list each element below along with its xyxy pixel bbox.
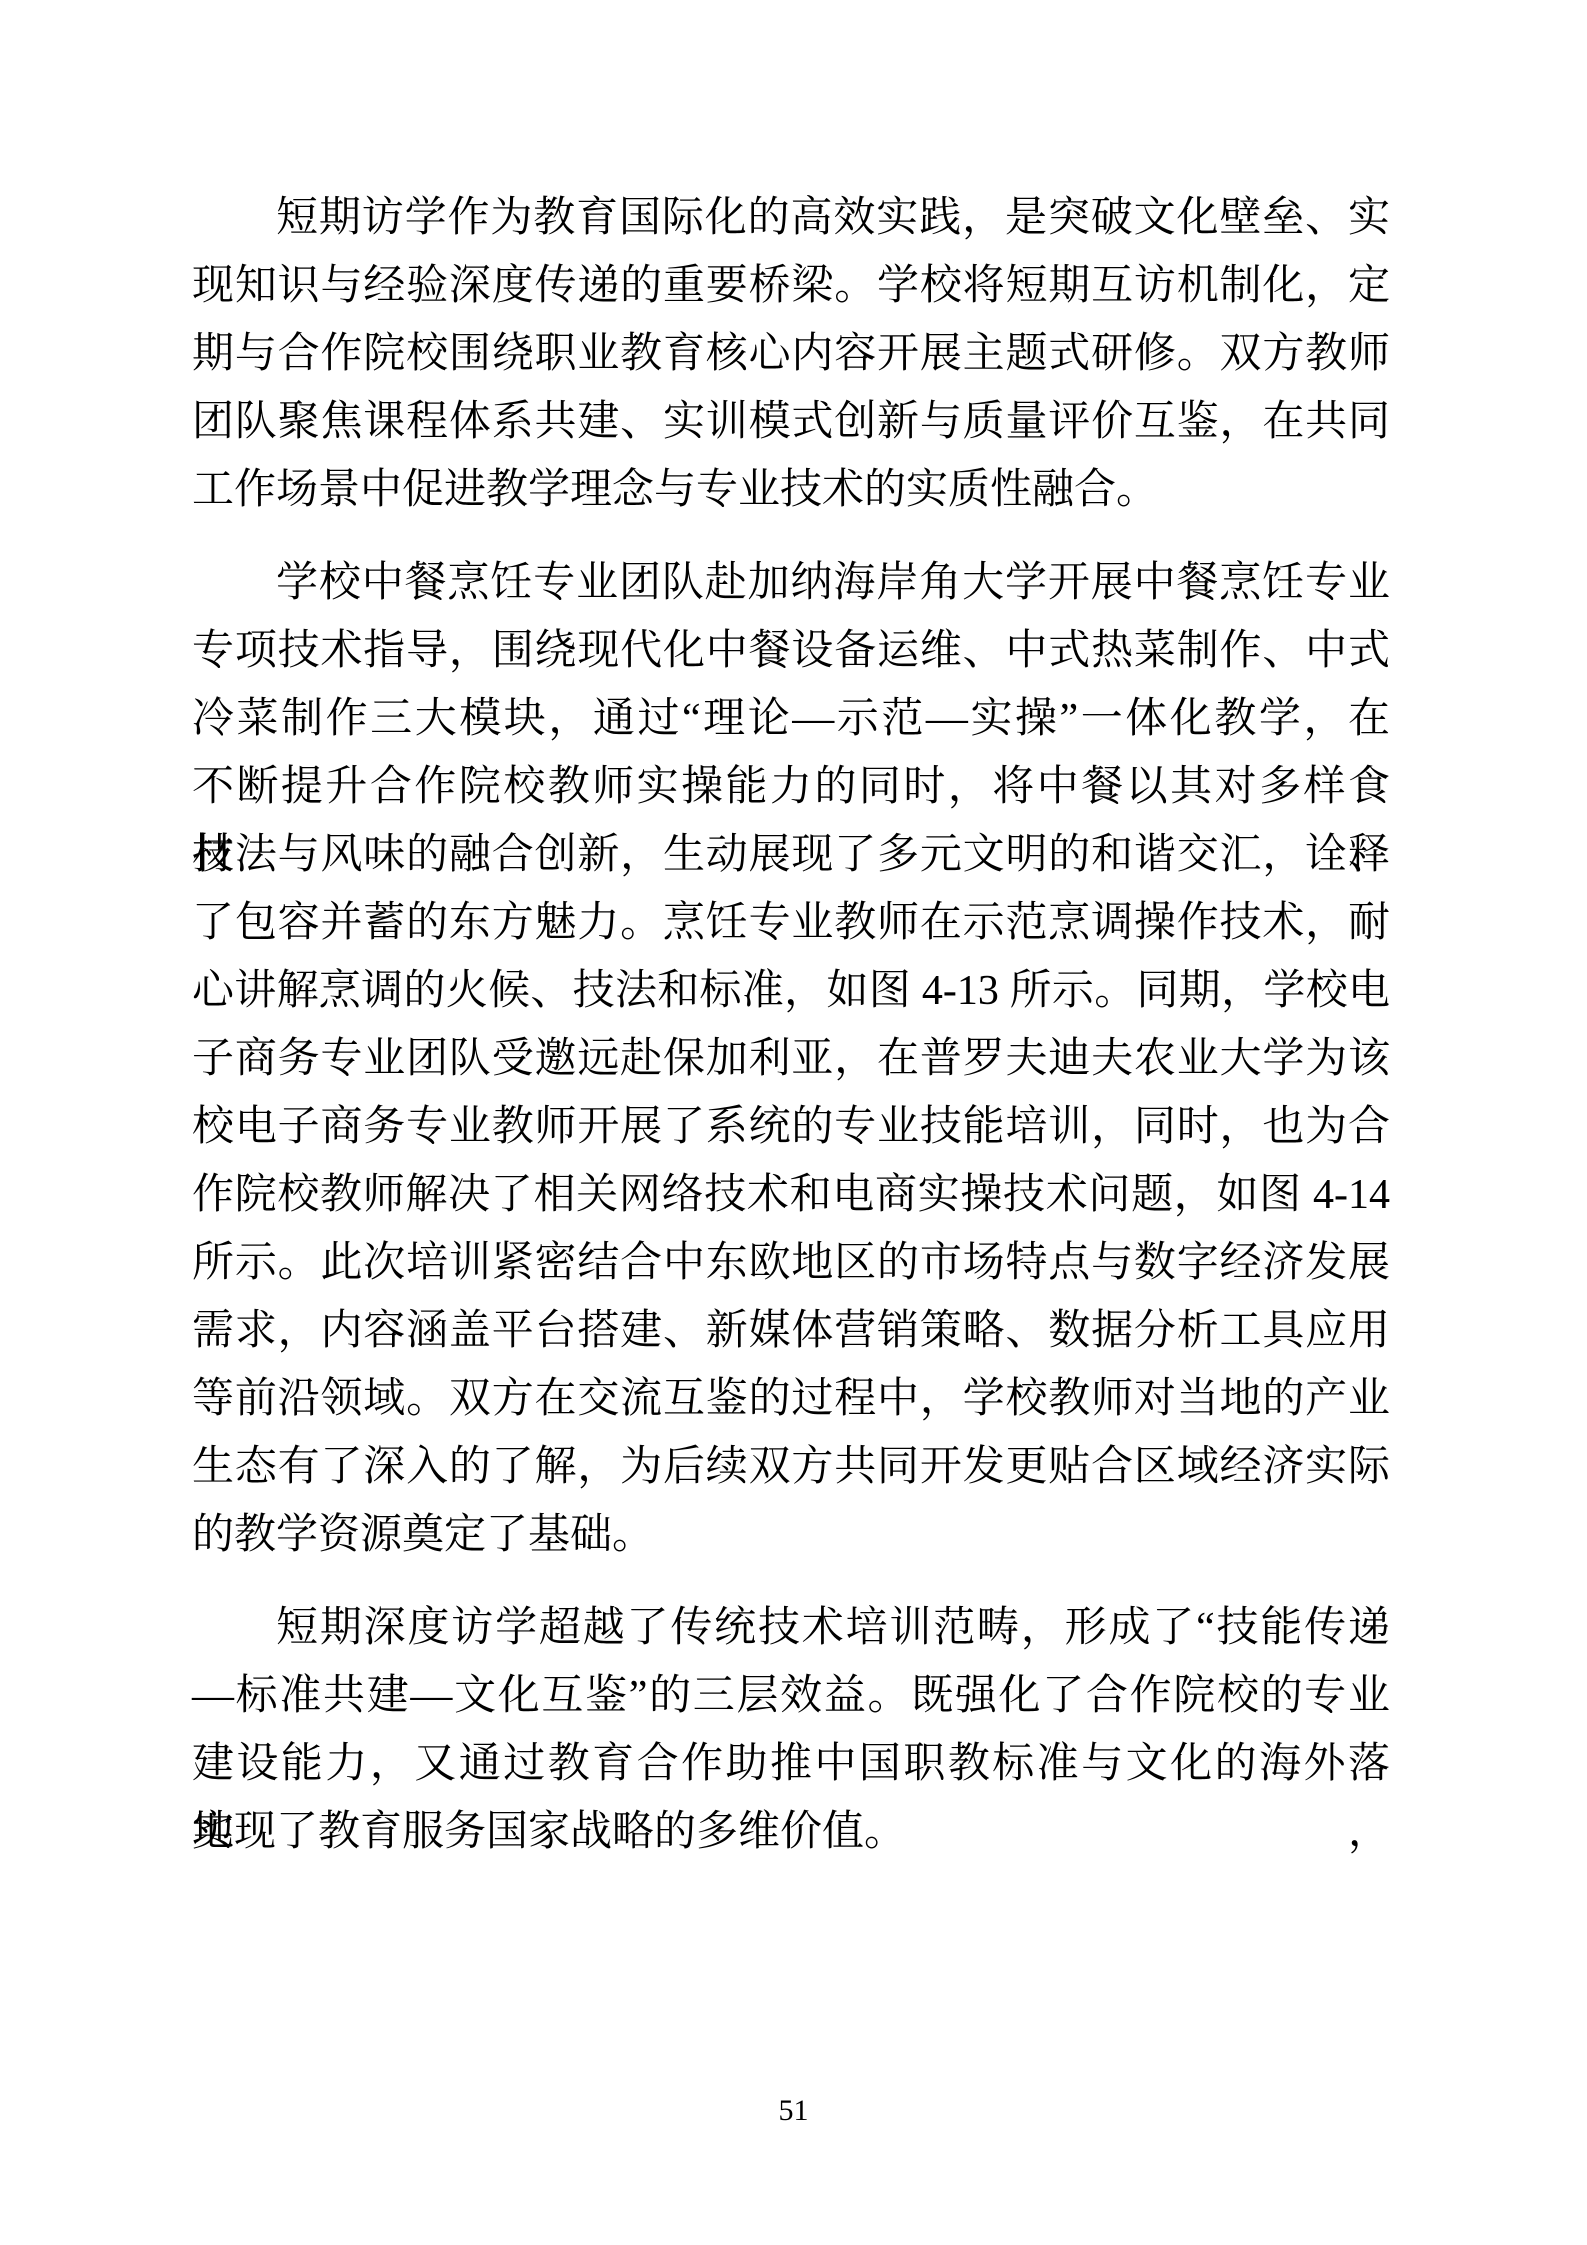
page-number: 51 [0,2093,1587,2129]
text-line: 短期访学作为教育国际化的高效实践，是突破文化壁垒、实 [192,184,1390,252]
text-line: 心讲解烹调的火候、技法和标准，如图 4-13 所示。同期，学校电 [192,957,1390,1025]
text-line: 需求，内容涵盖平台搭建、新媒体营销策略、数据分析工具应用 [192,1297,1390,1365]
document-page: 短期访学作为教育国际化的高效实践，是突破文化壁垒、实现知识与经验深度传递的重要桥… [0,0,1587,2245]
text-line: 校电子商务专业教师开展了系统的专业技能培训，同时，也为合 [192,1093,1390,1161]
text-line: 子商务专业团队受邀远赴保加利亚，在普罗夫迪夫农业大学为该 [192,1025,1390,1093]
text-line: 工作场景中促进教学理念与专业技术的实质性融合。 [192,456,1390,524]
text-line: 专项技术指导，围绕现代化中餐设备运维、中式热菜制作、中式 [192,617,1390,685]
text-line: 短期深度访学超越了传统技术培训范畴，形成了“技能传递 [192,1594,1390,1662]
paragraph-3: 短期深度访学超越了传统技术培训范畴，形成了“技能传递—标准共建—文化互鉴”的三层… [192,1594,1390,1866]
text-line: 等前沿领域。双方在交流互鉴的过程中，学校教师对当地的产业 [192,1365,1390,1433]
text-line: 学校中餐烹饪专业团队赴加纳海岸角大学开展中餐烹饪专业 [192,549,1390,617]
text-line: 技法与风味的融合创新，生动展现了多元文明的和谐交汇，诠释 [192,821,1390,889]
text-line: 所示。此次培训紧密结合中东欧地区的市场特点与数字经济发展 [192,1229,1390,1297]
text-block: 短期访学作为教育国际化的高效实践，是突破文化壁垒、实现知识与经验深度传递的重要桥… [192,184,1390,1866]
text-line: 现知识与经验深度传递的重要桥梁。学校将短期互访机制化，定 [192,252,1390,320]
text-line: 期与合作院校围绕职业教育核心内容开展主题式研修。双方教师 [192,320,1390,388]
text-line: 了包容并蓄的东方魅力。烹饪专业教师在示范烹调操作技术，耐 [192,889,1390,957]
text-line: 不断提升合作院校教师实操能力的同时，将中餐以其对多样食材、 [192,753,1390,821]
paragraph-2: 学校中餐烹饪专业团队赴加纳海岸角大学开展中餐烹饪专业专项技术指导，围绕现代化中餐… [192,549,1390,1569]
text-line: —标准共建—文化互鉴”的三层效益。既强化了合作院校的专业 [192,1662,1390,1730]
text-line: 冷菜制作三大模块，通过“理论—示范—实操”一体化教学，在 [192,685,1390,753]
text-line: 团队聚焦课程体系共建、实训模式创新与质量评价互鉴，在共同 [192,388,1390,456]
text-line: 生态有了深入的了解，为后续双方共同开发更贴合区域经济实际 [192,1433,1390,1501]
text-line: 建设能力，又通过教育合作助推中国职教标准与文化的海外落地， [192,1730,1390,1798]
text-line: 的教学资源奠定了基础。 [192,1501,1390,1569]
text-line: 作院校教师解决了相关网络技术和电商实操技术问题，如图 4-14 [192,1161,1390,1229]
paragraph-1: 短期访学作为教育国际化的高效实践，是突破文化壁垒、实现知识与经验深度传递的重要桥… [192,184,1390,524]
